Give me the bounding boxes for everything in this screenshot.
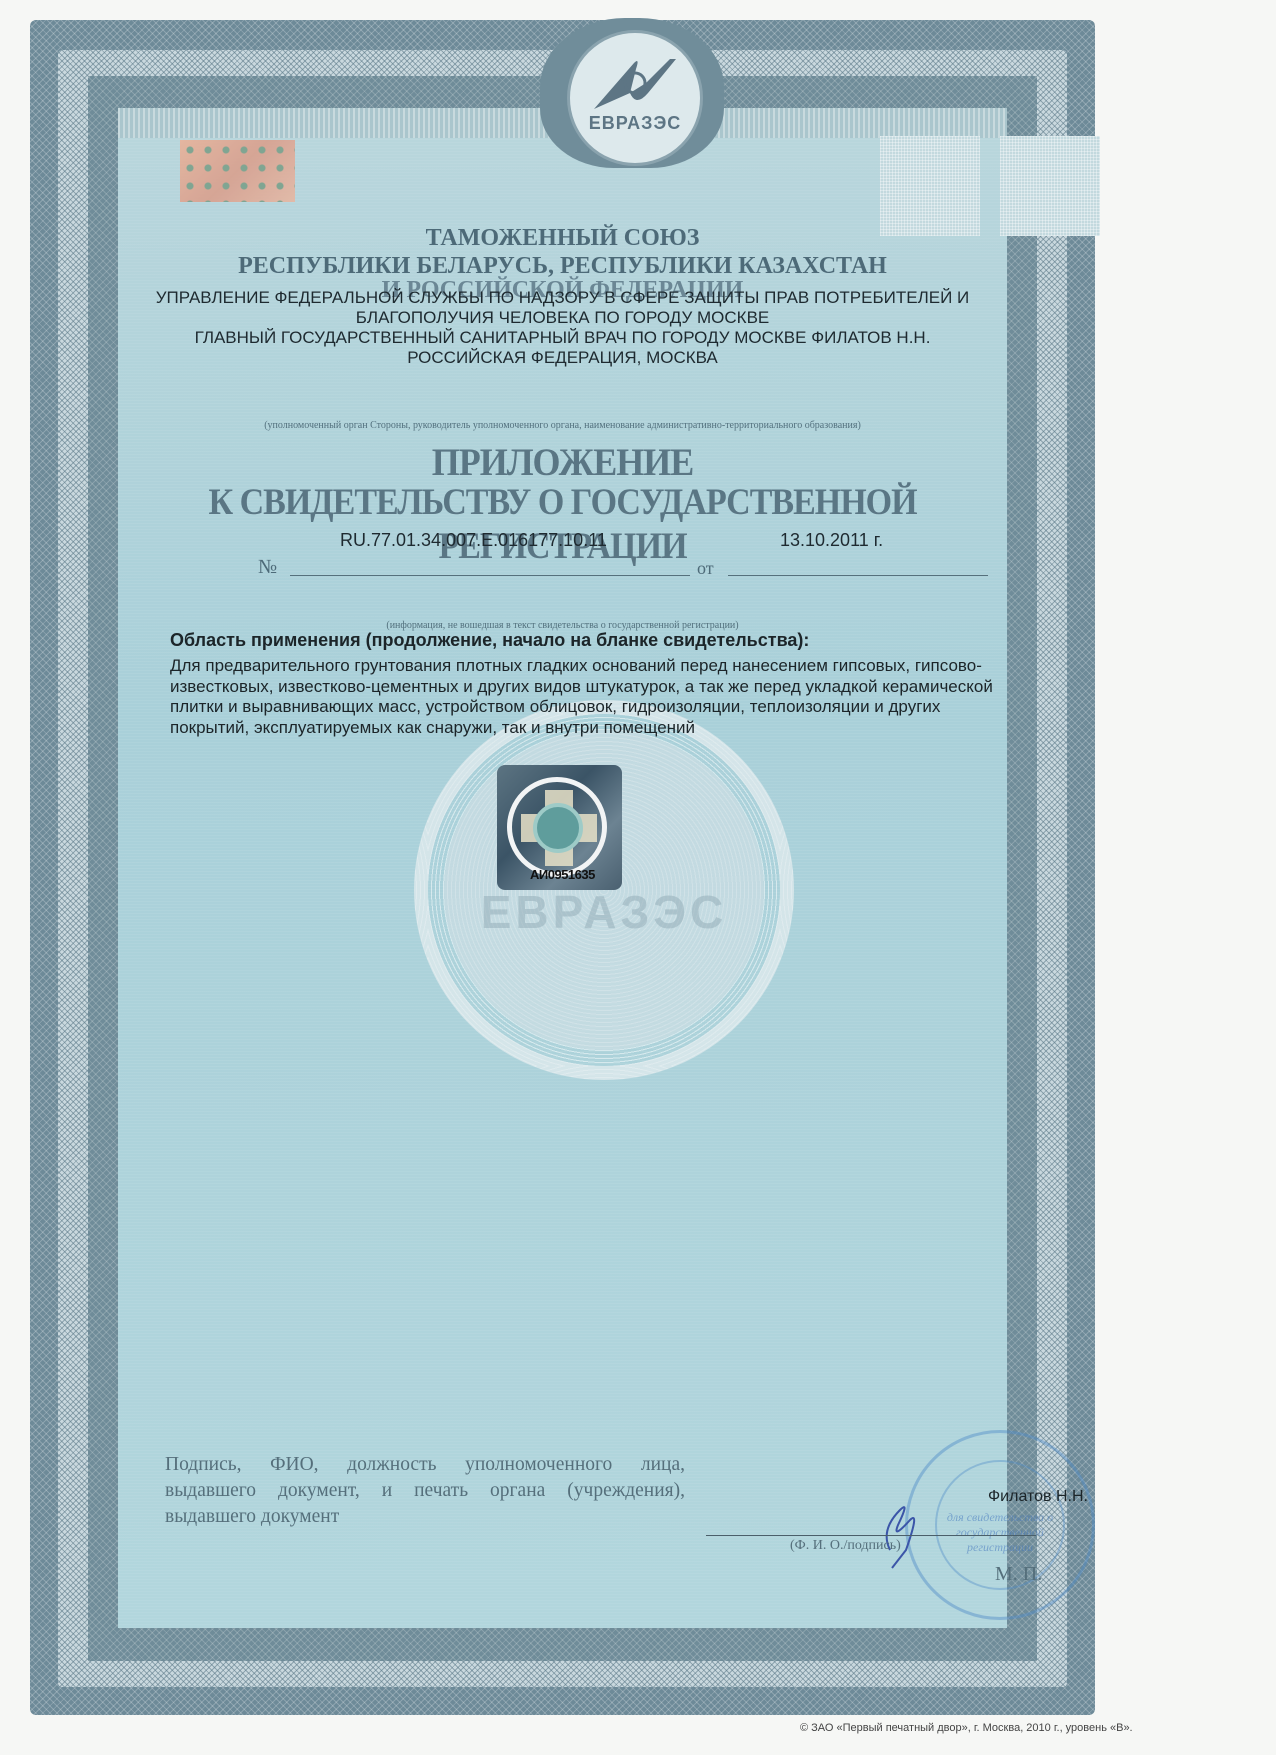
eurasec-logo-icon — [590, 53, 680, 113]
scope-title: Область применения (продолжение, начало … — [170, 630, 809, 651]
scope-body: Для предварительного грунтования плотных… — [170, 656, 1090, 738]
date-underline — [728, 575, 988, 576]
registration-date: 13.10.2011 г. — [780, 530, 883, 551]
fio-label: (Ф. И. О./подпись) — [790, 1538, 901, 1554]
signature-caption: Подпись, ФИО, должность уполномоченного … — [165, 1452, 685, 1530]
authority-line: ГЛАВНЫЙ ГОСУДАРСТВЕННЫЙ САНИТАРНЫЙ ВРАЧ … — [118, 328, 1007, 348]
pattern-square-left — [880, 136, 980, 236]
scope-line: покрытий, эксплуатируемых как снаружи, т… — [170, 718, 1090, 739]
stamp-text: для свидетельства о государственной реги… — [935, 1510, 1065, 1555]
signature-line — [706, 1535, 1036, 1536]
hologram-serial: АИ0951635 — [530, 867, 595, 882]
customs-union-heading: ТАМОЖЕННЫЙ СОЮЗ — [118, 224, 1007, 252]
pattern-square-right — [1000, 136, 1100, 236]
scope-line: Для предварительного грунтования плотных… — [170, 656, 1090, 677]
seal-watermark-text: ЕВРАЗЭС — [444, 885, 764, 939]
signer-name: Филатов Н.Н. — [988, 1488, 1088, 1506]
issuing-authority: УПРАВЛЕНИЕ ФЕДЕРАЛЬНОЙ СЛУЖБЫ ПО НАДЗОРУ… — [118, 288, 1007, 368]
handwritten-signature-icon — [870, 1490, 930, 1570]
date-label: от — [697, 558, 714, 579]
document-title: ПРИЛОЖЕНИЕ — [118, 440, 1007, 484]
eurasec-emblem: ЕВРАЗЭС — [540, 18, 724, 168]
number-underline — [290, 575, 690, 576]
document-subtitle: К СВИДЕТЕЛЬСТВУ О ГОСУДАРСТВЕННОЙ РЕГИСТ… — [118, 481, 1007, 569]
scope-line: плитки и выравнивающих масс, устройством… — [170, 697, 1090, 718]
authority-line: БЛАГОПОЛУЧИЯ ЧЕЛОВЕКА ПО ГОРОДУ МОСКВЕ — [118, 308, 1007, 328]
hologram-pattern-patch — [180, 140, 295, 202]
printer-copyright: © ЗАО «Первый печатный двор», г. Москва,… — [800, 1722, 1133, 1734]
stamp-place-label: М. П. — [995, 1563, 1042, 1586]
registration-number: RU.77.01.34.007.E.016177.10.11 — [340, 530, 607, 551]
emblem-label: ЕВРАЗЭС — [570, 113, 700, 134]
scope-line: известковых, известково-цементных и друг… — [170, 677, 1090, 698]
hologram-core-icon — [533, 803, 583, 853]
authority-line: УПРАВЛЕНИЕ ФЕДЕРАЛЬНОЙ СЛУЖБЫ ПО НАДЗОРУ… — [118, 288, 1007, 308]
authority-hint: (уполномоченный орган Стороны, руководит… — [118, 420, 1007, 431]
authority-line: РОССИЙСКАЯ ФЕДЕРАЦИЯ, МОСКВА — [118, 348, 1007, 368]
number-label: № — [258, 556, 277, 579]
emblem-circle: ЕВРАЗЭС — [567, 30, 703, 166]
